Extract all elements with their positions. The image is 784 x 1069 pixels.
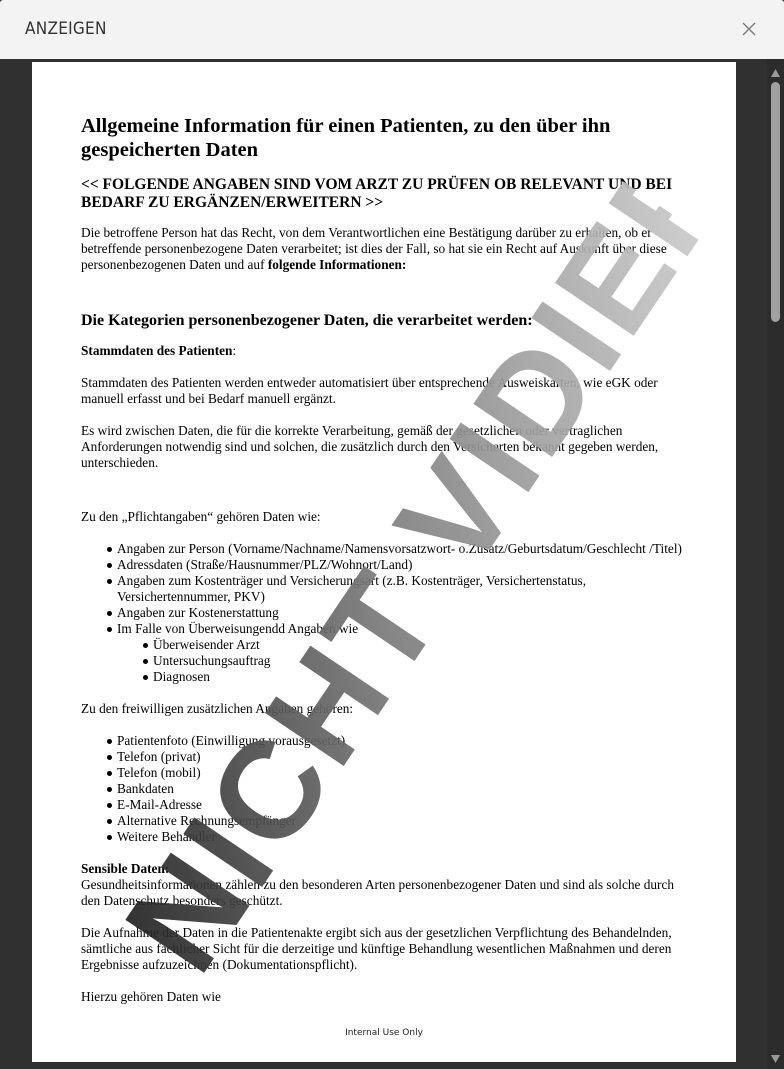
list-item: Alternative Rechnungsempfänger [117, 813, 696, 829]
triangle-up-icon [770, 68, 781, 78]
intro-bold-text: folgende Informationen: [268, 257, 407, 272]
scroll-thumb[interactable] [771, 82, 780, 322]
list-item: Telefon (privat) [117, 749, 696, 765]
list-item: Angaben zum Kostenträger und Versicherun… [117, 573, 696, 605]
referral-sublist: Überweisender Arzt Untersuchungsauftrag … [117, 637, 696, 685]
page-footer: Internal Use Only [32, 1028, 736, 1038]
list-item: Angaben zur Kostenerstattung [117, 605, 696, 621]
list-item: Weitere Behandler [117, 829, 696, 845]
list-item: E-Mail-Adresse [117, 797, 696, 813]
stammdaten-label-bold: Stammdaten des Patienten [81, 343, 232, 358]
closing-paragraph: Hierzu gehören Daten wie [81, 989, 696, 1005]
mandatory-list: Angaben zur Person (Vorname/Nachname/Nam… [81, 541, 696, 685]
list-item: Bankdaten [117, 781, 696, 797]
document-title: Allgemeine Information für einen Patient… [81, 114, 696, 162]
record-paragraph: Die Aufnahme der Daten in die Patientena… [81, 925, 696, 973]
sensitive-text: Gesundheitsinformationen zählen zu den b… [81, 877, 674, 908]
document-viewer-dialog: ANZEIGEN Allgemeine Information für eine… [0, 0, 784, 1069]
colon: : [232, 343, 236, 358]
list-item: Patientenfoto (Einwilligung vorausgesetz… [117, 733, 696, 749]
stammdaten-label: Stammdaten des Patienten: [81, 343, 696, 359]
list-item-text: Im Falle von Überweisungendd Angaben wie [117, 621, 358, 636]
scroll-down-button[interactable] [770, 1051, 781, 1061]
dialog-title: ANZEIGEN [25, 19, 107, 39]
distinction-paragraph: Es wird zwischen Daten, die für die korr… [81, 423, 696, 471]
close-button[interactable] [736, 16, 762, 42]
voluntary-list: Patientenfoto (Einwilligung vorausgesetz… [81, 733, 696, 845]
document-notice: << FOLGENDE ANGABEN SIND VOM ARZT ZU PRÜ… [81, 176, 696, 212]
stammdaten-paragraph: Stammdaten des Patienten werden entweder… [81, 375, 696, 407]
list-item: Angaben zur Person (Vorname/Nachname/Nam… [117, 541, 696, 557]
list-item: Telefon (mobil) [117, 765, 696, 781]
list-item: Diagnosen [153, 669, 696, 685]
document-page: Allgemeine Information für einen Patient… [32, 62, 736, 1062]
dialog-header: ANZEIGEN [0, 0, 784, 59]
sensitive-block: Sensible Daten: Gesundheitsinformationen… [81, 861, 696, 909]
scroll-up-button[interactable] [770, 65, 781, 75]
pdf-viewer[interactable]: Allgemeine Information für einen Patient… [0, 59, 784, 1069]
vertical-scrollbar[interactable] [767, 59, 784, 1069]
sensitive-label: Sensible Daten: [81, 861, 169, 876]
section-heading: Die Kategorien personenbezogener Daten, … [81, 311, 696, 331]
document-content: Allgemeine Information für einen Patient… [81, 114, 696, 1021]
list-item: Untersuchungsauftrag [153, 653, 696, 669]
close-icon [742, 22, 756, 36]
list-item: Adressdaten (Straße/Hausnummer/PLZ/Wohno… [117, 557, 696, 573]
list-item: Überweisender Arzt [153, 637, 696, 653]
mandatory-intro: Zu den „Pflichtangaben“ gehören Daten wi… [81, 509, 696, 525]
list-item-referral: Im Falle von Überweisungendd Angaben wie… [117, 621, 696, 685]
triangle-down-icon [770, 1054, 781, 1064]
voluntary-intro: Zu den freiwilligen zusätzlichen Angaben… [81, 701, 696, 717]
intro-paragraph: Die betroffene Person hat das Recht, von… [81, 225, 696, 273]
